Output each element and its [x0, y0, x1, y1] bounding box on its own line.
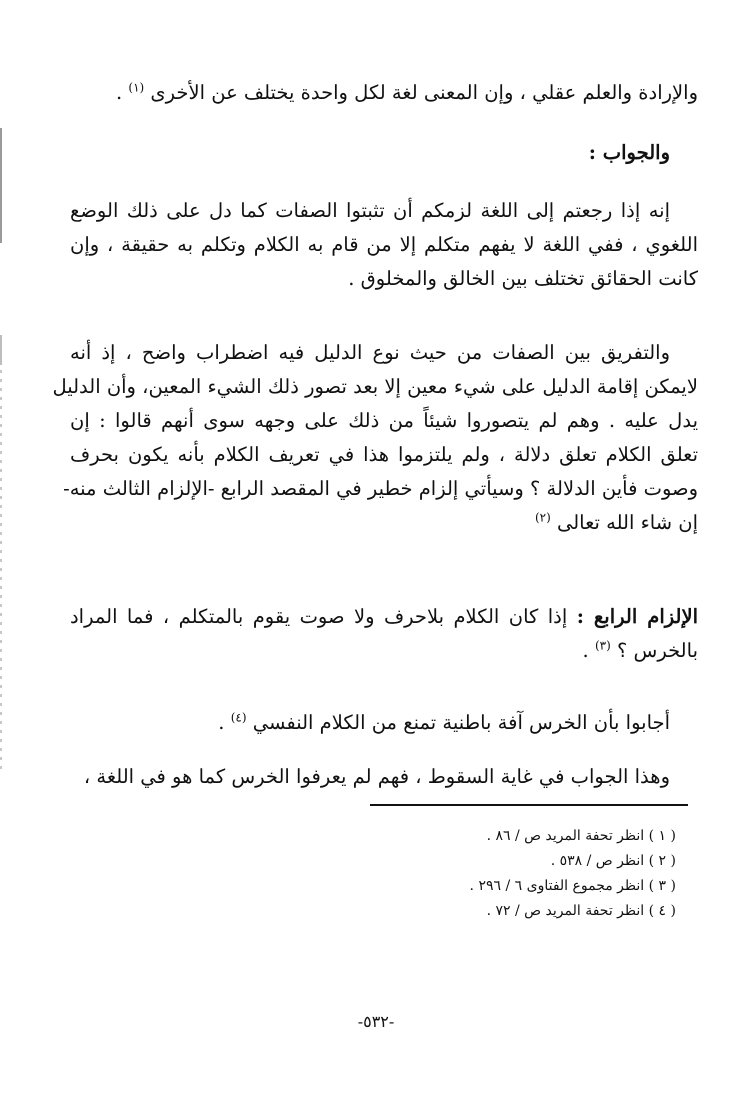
text-line: الإلزام الرابع : إذا كان الكلام بلاحرف و…	[70, 600, 698, 634]
footnote-1: ( ١ ) انظر تحفة المريد ص / ٨٦ .	[380, 824, 676, 849]
text-line: أجابوا بأن الخرس آفة باطنية تمنع من الكل…	[70, 706, 698, 740]
text-line: بالخرس ؟ (٣) .	[70, 634, 698, 668]
page-number: -٥٣٢-	[0, 1012, 752, 1031]
text-line: وهذا الجواب في غاية السقوط ، فهم لم يعرف…	[70, 760, 698, 794]
footnote-2: ( ٢ ) انظر ص / ٥٣٨ .	[380, 849, 676, 874]
footnote-ref: (٢)	[535, 511, 551, 525]
text-line: اللغوي ، ففي اللغة لا يفهم متكلم إلا من …	[70, 228, 698, 262]
paragraph-6: وهذا الجواب في غاية السقوط ، فهم لم يعرف…	[70, 760, 698, 794]
footnotes: ( ١ ) انظر تحفة المريد ص / ٨٦ . ( ٢ ) ان…	[380, 824, 676, 924]
footnote-ref: (١)	[128, 81, 144, 95]
paragraph-5: أجابوا بأن الخرس آفة باطنية تمنع من الكل…	[70, 706, 698, 740]
text-line: وصوت فأين الدلالة ؟ وسيأتي إلزام خطير في…	[70, 472, 698, 506]
paragraph-3: والتفريق بين الصفات من حيث نوع الدليل في…	[70, 336, 698, 540]
text-line: كانت الحقائق تختلف بين الخالق والمخلوق .	[70, 262, 698, 296]
footnote-3: ( ٣ ) انظر مجموع الفتاوى ٦ / ٢٩٦ .	[380, 874, 676, 899]
text-line: تعلق الكلام تعلق دلالة ، ولم يلتزموا هذا…	[70, 438, 698, 472]
paragraph-4: الإلزام الرابع : إذا كان الكلام بلاحرف و…	[70, 600, 698, 668]
footnote-ref: (٣)	[595, 639, 611, 653]
text-line: يدل عليه . وهم لم يتصوروا شيئاً من ذلك ع…	[70, 404, 698, 438]
footnote-4: ( ٤ ) انظر تحفة المريد ص / ٧٢ .	[380, 899, 676, 924]
text-line: إنه إذا رجعتم إلى اللغة لزمكم أن تثبتوا …	[70, 194, 698, 228]
text-line: إن شاء الله تعالى (٢)	[70, 506, 698, 540]
text-line: لايمكن إقامة الدليل على شيء معين إلا بعد…	[70, 370, 698, 404]
scan-margin-mark	[0, 370, 2, 770]
section-label: الإلزام الرابع :	[577, 605, 698, 628]
paragraph-2: إنه إذا رجعتم إلى اللغة لزمكم أن تثبتوا …	[70, 194, 698, 296]
paragraph-1: والإرادة والعلم عقلي ، وإن المعنى لغة لك…	[70, 76, 698, 110]
footnote-ref: (٤)	[231, 711, 247, 725]
text-line: والإرادة والعلم عقلي ، وإن المعنى لغة لك…	[70, 76, 698, 110]
scan-margin-mark	[0, 335, 2, 365]
scan-margin-mark	[0, 128, 2, 243]
footnote-separator	[370, 804, 688, 806]
answer-heading: والجواب :	[70, 136, 698, 170]
book-page: والإرادة والعلم عقلي ، وإن المعنى لغة لك…	[0, 0, 752, 1100]
text-line: والتفريق بين الصفات من حيث نوع الدليل في…	[70, 336, 698, 370]
